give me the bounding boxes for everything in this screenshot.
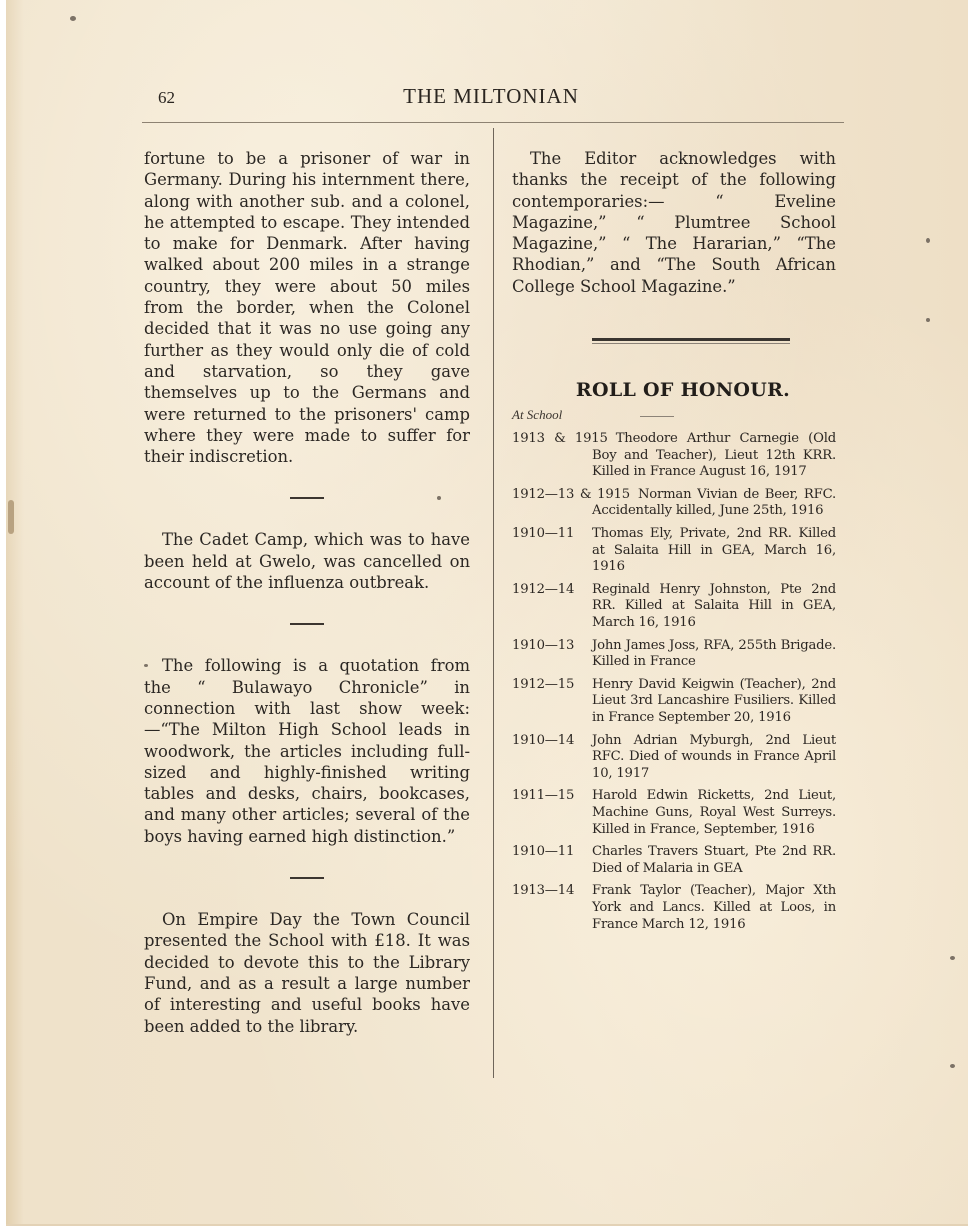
roll-entry-years: 1912—13 & 1915 bbox=[512, 487, 630, 502]
roll-entry-years: 1911—15 bbox=[512, 788, 592, 838]
roll-entry-years: 1910—11 bbox=[512, 844, 592, 877]
roll-entry-text: John James Joss, RFA, 255th Brigade. Kil… bbox=[592, 638, 836, 671]
column-divider bbox=[493, 128, 494, 1078]
roll-entry-text: Charles Travers Stuart, Pte 2nd RR. Died… bbox=[592, 844, 836, 877]
roll-entry: 1910—11Thomas Ely, Private, 2nd RR. Kill… bbox=[512, 526, 836, 576]
short-rule bbox=[640, 416, 674, 417]
header-rule bbox=[142, 122, 844, 123]
separator bbox=[144, 467, 470, 529]
roll-of-honour-list: 1913 & 1915Theodore Arthur Carnegie (Old… bbox=[512, 431, 836, 933]
paragraph-cadet-camp: The Cadet Camp, which was to have been h… bbox=[144, 529, 470, 593]
roll-entry-text: Harold Edwin Ricketts, 2nd Lieut, Machin… bbox=[592, 788, 836, 838]
magazine-page: 62 THE MILTONIAN fortune to be a prisone… bbox=[6, 0, 968, 1226]
roll-entry-years: 1913—14 bbox=[512, 883, 592, 933]
paragraph-acknowledgement: The Editor acknowledges with thanks the … bbox=[512, 148, 836, 297]
roll-of-honour-title: ROLL OF HONOUR. bbox=[512, 379, 836, 401]
roll-entry-years: 1910—13 bbox=[512, 638, 592, 671]
roll-entry-years: 1910—14 bbox=[512, 733, 592, 783]
ink-speck bbox=[926, 318, 930, 322]
roll-entry-text: Frank Taylor (Teacher), Major Xth York a… bbox=[592, 883, 836, 933]
running-title: THE MILTONIAN bbox=[6, 84, 968, 109]
ink-speck bbox=[950, 1064, 955, 1068]
left-column: fortune to be a prisoner of war in Germa… bbox=[144, 148, 470, 1037]
separator bbox=[144, 847, 470, 909]
roll-entry-text: Reginald Henry Johnston, Pte 2nd RR. Kil… bbox=[592, 582, 836, 632]
paragraph-prisoner-of-war: fortune to be a prisoner of war in Germa… bbox=[144, 148, 470, 467]
roll-entry-text: John Adrian Myburgh, 2nd Lieut RFC. Died… bbox=[592, 733, 836, 783]
roll-entry-text: Thomas Ely, Private, 2nd RR. Killed at S… bbox=[592, 526, 836, 576]
roll-entry: 1913 & 1915Theodore Arthur Carnegie (Old… bbox=[512, 431, 836, 481]
roll-entry-text: Henry David Keigwin (Teacher), 2nd Lieut… bbox=[592, 677, 836, 727]
roll-entry-text: Theodore Arthur Carnegie (Old Boy and Te… bbox=[592, 431, 836, 479]
roll-entry: 1910—11Charles Travers Stuart, Pte 2nd R… bbox=[512, 844, 836, 877]
roll-entry: 1911—15Harold Edwin Ricketts, 2nd Lieut,… bbox=[512, 788, 836, 838]
roll-entry: 1910—14John Adrian Myburgh, 2nd Lieut RF… bbox=[512, 733, 836, 783]
roll-entry-years: 1913 & 1915 bbox=[512, 431, 608, 446]
double-rule bbox=[592, 338, 790, 344]
short-rule bbox=[290, 497, 324, 499]
edge-stain bbox=[8, 500, 14, 534]
roll-subtitle: At School bbox=[512, 407, 562, 423]
roll-entry: 1913—14Frank Taylor (Teacher), Major Xth… bbox=[512, 883, 836, 933]
roll-subtitle-row: At School bbox=[512, 407, 836, 427]
roll-entry-years: 1912—14 bbox=[512, 582, 592, 632]
roll-entry: 1912—15Henry David Keigwin (Teacher), 2n… bbox=[512, 677, 836, 727]
page-header: 62 THE MILTONIAN bbox=[6, 82, 968, 116]
roll-entry: 1910—13John James Joss, RFA, 255th Briga… bbox=[512, 638, 836, 671]
ink-speck bbox=[70, 16, 76, 21]
section-divider bbox=[512, 297, 836, 359]
ink-speck bbox=[950, 956, 955, 960]
short-rule bbox=[290, 877, 324, 879]
roll-entry: 1912—14Reginald Henry Johnston, Pte 2nd … bbox=[512, 582, 836, 632]
paragraph-empire-day: On Empire Day the Town Council presented… bbox=[144, 909, 470, 1037]
roll-entry-years: 1910—11 bbox=[512, 526, 592, 576]
right-column: The Editor acknowledges with thanks the … bbox=[512, 148, 836, 939]
paragraph-bulawayo-chronicle: The following is a quotation from the “ … bbox=[144, 655, 470, 847]
roll-entry-years: 1912—15 bbox=[512, 677, 592, 727]
roll-entry: 1912—13 & 1915Norman Vivian de Beer, RFC… bbox=[512, 487, 836, 520]
short-rule bbox=[290, 623, 324, 625]
separator bbox=[144, 593, 470, 655]
ink-speck bbox=[926, 238, 930, 243]
